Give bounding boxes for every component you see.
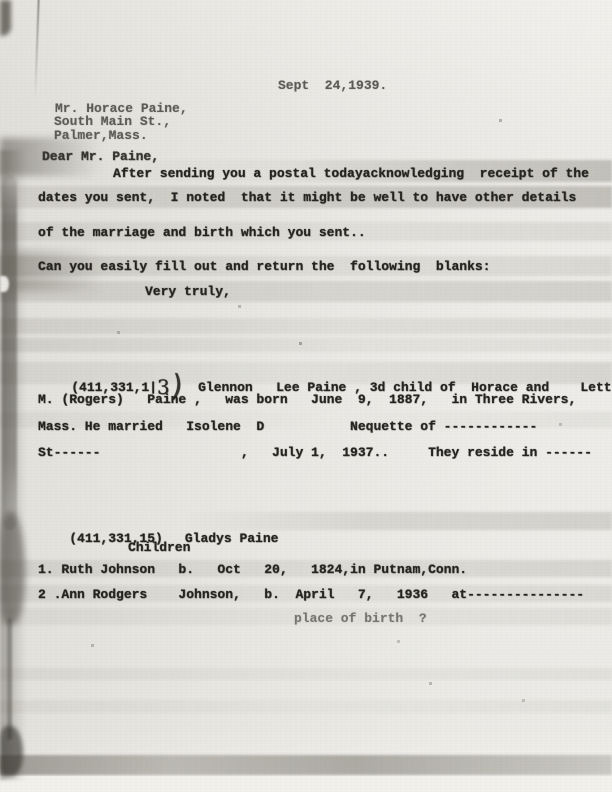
child-1: 1. Ruth Johnson b. Oct 20, 1824,in Putna… — [38, 562, 467, 577]
salutation: Dear Mr. Paine, — [42, 149, 159, 164]
body-line-1: After sending you a postal todayacknowle… — [113, 166, 589, 181]
scan-streak — [0, 281, 612, 302]
top-left-corner-mark — [0, 0, 11, 36]
body-line-4: Can you easily fill out and return the f… — [38, 259, 490, 274]
left-edge-blob-bottom — [0, 726, 23, 776]
closing: Very truly, — [145, 284, 231, 299]
bottom-crease — [0, 755, 612, 775]
recipient-street: South Main St., — [54, 114, 171, 129]
recipient-city: Palmer,Mass. — [54, 128, 148, 143]
scan-streak — [0, 318, 612, 334]
place-of-birth-question: place of birth ? — [294, 611, 427, 626]
scanned-letter-page: Sept 24,1939. Mr. Horace Paine, South Ma… — [0, 0, 612, 792]
child-2: 2 .Ann Rodgers Johnson, b. April 7, 1936… — [38, 587, 584, 602]
scan-streak — [0, 668, 612, 680]
left-edge-blob-mid — [0, 512, 25, 624]
record-glennon-line-2: M. (Rogers) Paine , was born June 9, 188… — [38, 392, 576, 407]
letter-date: Sept 24,1939. — [278, 78, 387, 93]
below-crease-light — [0, 776, 612, 792]
left-edge-white-notch — [0, 276, 9, 292]
body-line-3: of the marriage and birth which you sent… — [38, 225, 366, 240]
scan-specks — [0, 0, 1, 1]
record-glennon-line-3: Mass. He married Isolene D Nequette of -… — [38, 419, 537, 434]
children-label: Children — [128, 540, 190, 555]
left-edge-strip-core — [2, 175, 17, 530]
left-edge-line-lower — [7, 618, 12, 740]
left-edge-strip — [0, 150, 26, 780]
record-glennon-line-4: St------ , July 1, 1937.. They reside in… — [38, 445, 592, 460]
body-line-2: dates you sent, I noted that it might be… — [38, 190, 576, 205]
page-fold-line — [34, 0, 40, 100]
scan-streak — [0, 700, 612, 713]
scan-streak — [0, 338, 612, 352]
